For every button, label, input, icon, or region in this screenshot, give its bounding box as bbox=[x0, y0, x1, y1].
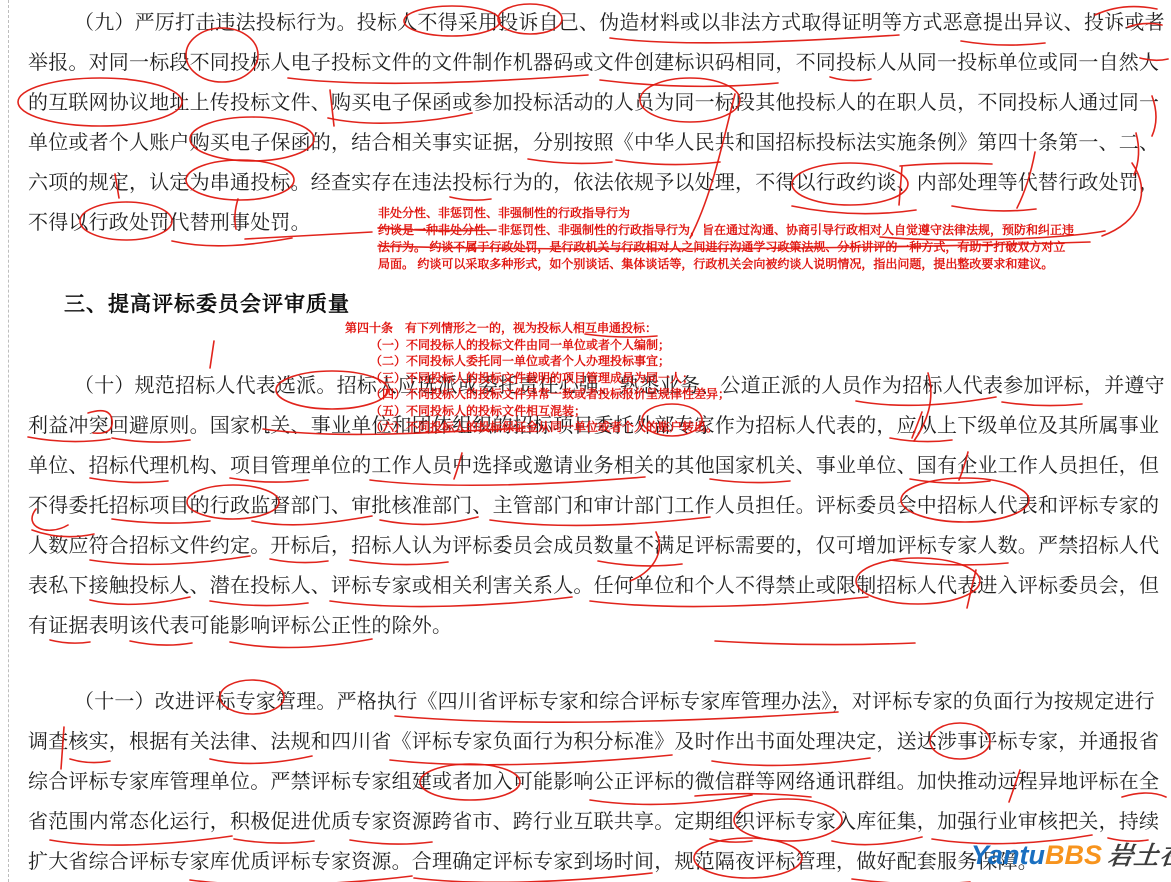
watermark-yantu-text: Yantu bbox=[971, 840, 1045, 870]
text-line: 的互联网协议地址上传投标文件、购买电子保函或参加投标活动的人员为同一标段其他投标… bbox=[28, 83, 1163, 123]
text-line: 六项的规定，认定为串通投标。经查实存在违法投标行为的，依法依规予以处理，不得以行… bbox=[28, 163, 1163, 203]
text-line: 不得委托招标项目的行政监督部门、审批核准部门、主管部门和审计部门工作人员担任。评… bbox=[28, 486, 1163, 526]
annotation-line: 局面。 约谈可以采取多种形式，如个别谈话、集体谈话等，行政机关会向被约谈人说明情… bbox=[378, 256, 1074, 273]
annotation-line: 第四十条 有下列情形之一的，视为投标人相互串通投标： bbox=[345, 320, 730, 337]
watermark-site-name: 岩土在线 bbox=[1106, 836, 1171, 872]
text-line: 综合评标专家库管理单位。严禁评标专家组建或者加入可能影响公正评标的微信群等网络通… bbox=[28, 762, 1163, 802]
section-heading: 三、提高评标委员会评审质量 bbox=[64, 288, 350, 318]
annotation-line: （四）不同投标人的投标文件异常一致或者投标报价呈规律性差异； bbox=[345, 386, 730, 403]
annotation-line: （五）不同投标人的投标文件相互混装； bbox=[345, 403, 730, 420]
text-line: （十一）改进评标专家管理。严格执行《四川省评标专家和综合评标专家库管理办法》，对… bbox=[28, 682, 1163, 722]
annotation-line: （六）不同投标人的投标保证金从同一单位或者个人的账户转出。 bbox=[345, 419, 730, 436]
text-line: 调查核实，根据有关法律、法规和四川省《评标专家负面行为积分标准》及时作出书面处理… bbox=[28, 722, 1163, 762]
annotation-line: 法行为。 约谈不属于行政处罚，是行政机关与行政相对人之间进行沟通学习政策法规、分… bbox=[378, 239, 1074, 256]
page-margin-line bbox=[8, 0, 9, 882]
text-line: 表私下接触投标人、潜在投标人、评标专家或相关利害关系人。任何单位和个人不得禁止或… bbox=[28, 566, 1163, 606]
annotation-line: （一）不同投标人的投标文件由同一单位或者个人编制； bbox=[345, 337, 730, 354]
yantubbs-watermark: YantuBBS岩土在线 bbox=[971, 836, 1171, 872]
annotation-line: 约谈是一种非处分性、非惩罚性、非强制性的行政指导行为，旨在通过沟通、协商引导行政… bbox=[378, 222, 1074, 239]
annotation-line: （二）不同投标人委托同一单位或者个人办理投标事宜； bbox=[345, 353, 730, 370]
text-line: 单位、招标代理机构、项目管理单位的工作人员中选择或邀请业务相关的其他国家机关、事… bbox=[28, 446, 1163, 486]
annotation-line: 非处分性、非惩罚性、非强制性的行政指导行为 bbox=[378, 205, 1074, 222]
text-line: 人数应符合招标文件约定。开标后，招标人认为评标委员会成员数量不满足评标需要的，仅… bbox=[28, 526, 1163, 566]
text-line: （九）严厉打击违法投标行为。投标人不得采用投诉自己、伪造材料或以非法方式取得证明… bbox=[28, 3, 1163, 43]
text-line: 举报。对同一标段不同投标人电子投标文件的文件制作机器码或文件创建标识码相同，不同… bbox=[28, 43, 1163, 83]
annotation-note-discipline: 非处分性、非惩罚性、非强制性的行政指导行为约谈是一种非处分性、非惩罚性、非强制性… bbox=[378, 205, 1074, 273]
text-line: 单位或者个人账户购买电子保函的，结合相关事实证据，分别按照《中华人民共和国招标投… bbox=[28, 123, 1163, 163]
watermark-bbs-text: BBS bbox=[1045, 840, 1102, 870]
annotation-line: （三）不同投标人的投标文件载明的项目管理成员为同一人； bbox=[345, 370, 730, 387]
annotation-note-article40: 第四十条 有下列情形之一的，视为投标人相互串通投标：（一）不同投标人的投标文件由… bbox=[345, 320, 730, 436]
text-line: 有证据表明该代表可能影响评标公正性的除外。 bbox=[28, 606, 1163, 646]
